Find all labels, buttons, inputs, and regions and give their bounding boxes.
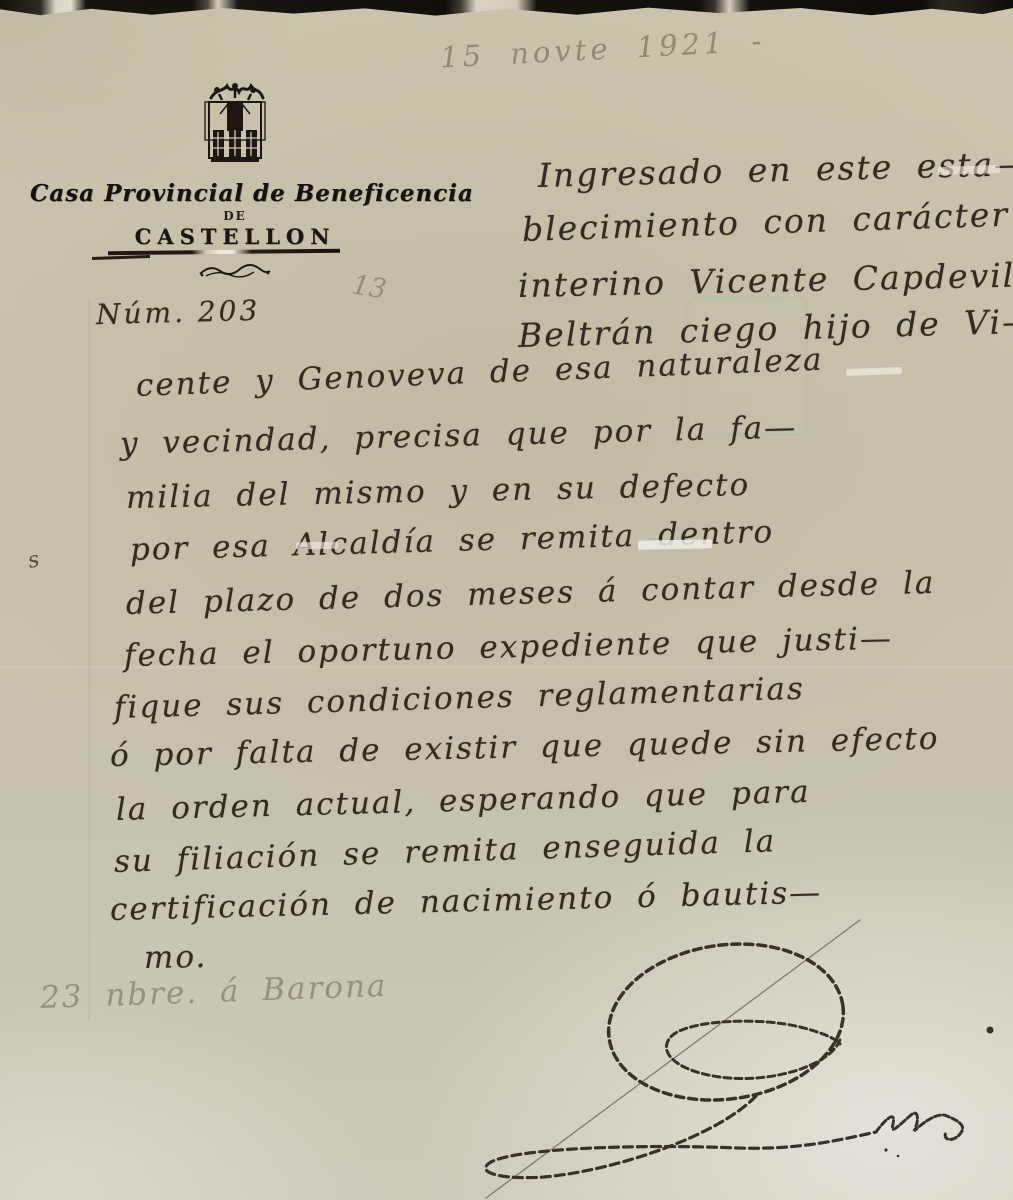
signature-rubric-icon: [468, 912, 1013, 1200]
handwriting-line-14: su filiación se remita enseguida la: [113, 823, 776, 880]
handwriting-line-16: mo.: [144, 939, 208, 976]
letterhead-underline-dash: [92, 255, 150, 260]
handwriting-line-3: interino Vicente Capdevila: [518, 255, 1013, 305]
handwriting-line-11: fique sus condiciones reglamentarias: [113, 671, 805, 726]
document-number: Núm. 203: [96, 294, 261, 331]
handwriting-line-13: la orden actual, esperando que para: [116, 774, 812, 828]
flourish-ornament-icon: [196, 262, 274, 280]
letterhead-city: CASTELLON: [30, 224, 440, 249]
pencil-date-annotation: 15 novte 1921 -: [439, 24, 766, 75]
white-streak: [846, 367, 902, 376]
handwriting-line-12: ó por falta de existir que quede sin efe…: [110, 721, 940, 774]
stray-ink-mark: s: [26, 547, 42, 574]
letterhead: Casa Provincial de Beneficencia DE CASTE…: [30, 82, 440, 249]
pencil-margin-number: 13: [350, 270, 389, 306]
pencil-forwarding-note: 23 nbre. á Barona: [39, 968, 388, 1016]
handwriting-line-7: milia del mismo y en su defecto: [126, 467, 751, 516]
scanned-letter-page: 15 novte 1921 -: [0, 0, 1013, 1200]
letterhead-de: DE: [30, 209, 440, 223]
vertical-crease: [88, 300, 90, 1020]
handwriting-line-9: del plazo de dos meses á contar desde la: [126, 565, 936, 622]
handwriting-line-2: blecimiento con carácter: [521, 195, 1009, 249]
white-streak: [296, 542, 338, 550]
handwriting-line-6: y vecindad, precisa que por la fa—: [120, 409, 798, 462]
white-streak: [638, 539, 712, 549]
letterhead-organization: Casa Provincial de Beneficencia: [30, 180, 440, 207]
coat-of-arms-icon: [197, 82, 273, 174]
scan-top-edge: [0, 0, 1013, 16]
